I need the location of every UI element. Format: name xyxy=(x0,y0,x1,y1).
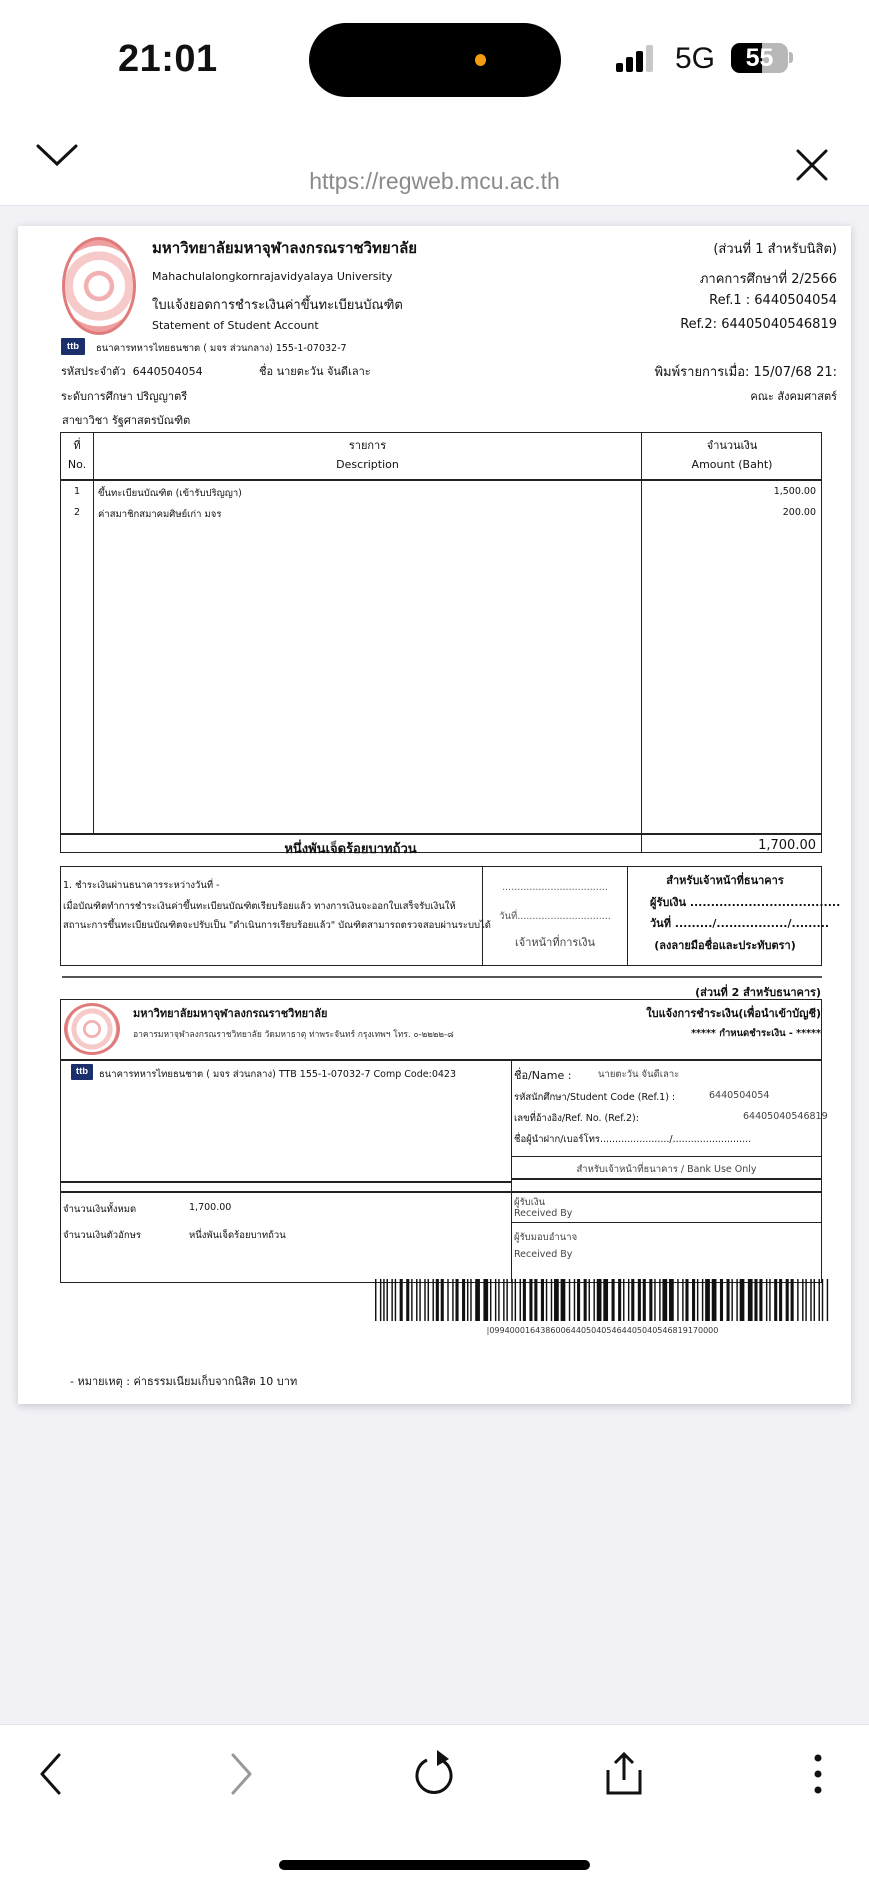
share-icon[interactable] xyxy=(605,1750,643,1796)
url-label[interactable]: https://regweb.mcu.ac.th xyxy=(0,168,869,195)
more-vertical-icon[interactable] xyxy=(812,1752,824,1796)
battery-percent: 55 xyxy=(731,44,788,73)
depositor-field: ชื่อผู้นำฝาก/เบอร์โทร...................… xyxy=(514,1132,751,1147)
ref-no-label: เลขที่อ้างอิง/Ref. No. (Ref.2): xyxy=(514,1111,639,1126)
bank-account-line: ธนาคารทหารไทยธนชาต ( มจร ส่วนกลาง) 155-1… xyxy=(96,341,347,356)
col-amount-th: จำนวนเงิน xyxy=(642,436,822,454)
status-bar: 21:01 5G 55 xyxy=(0,0,869,120)
document-page: มหาวิทยาลัยมหาจุฬาลงกรณราชวิทยาลัย Mahac… xyxy=(18,226,851,1404)
payment-due: ***** กำหนดชำระเงิน - ***** xyxy=(691,1026,821,1041)
student-name-value: นายตะวัน จันดีเลาะ xyxy=(277,365,371,378)
row-amount: 200.00 xyxy=(783,507,816,518)
total-value: 1,700.00 xyxy=(189,1202,231,1213)
student-id-label: รหัสประจำตัว xyxy=(61,365,126,378)
university-name-th: มหาวิทยาลัยมหาจุฬาลงกรณราชวิทยาลัย xyxy=(152,236,417,260)
total-label: จำนวนเงินทั้งหมด xyxy=(63,1202,136,1217)
student-code-value: 6440504054 xyxy=(709,1090,769,1101)
bank-receiver: ผู้รับเงิน .............................… xyxy=(650,893,840,911)
statement-title-th: ใบแจ้งยอดการชำระเงินค่าขึ้นทะเบียนบัณฑิต xyxy=(152,294,403,315)
reload-icon[interactable] xyxy=(413,1748,455,1796)
bank-officer-title: สำหรับเจ้าหน้าที่ธนาคาร xyxy=(628,871,822,889)
fee-remark: - หมายเหตุ : ค่าธรรมเนียมเก็บจากนิสิต 10… xyxy=(70,1372,297,1390)
row-amount: 1,500.00 xyxy=(774,486,816,497)
university-name-en: Mahachulalongkornrajavidyalaya Universit… xyxy=(152,270,392,283)
receipt-note: เมื่อบัณฑิตทำการชำระเงินค่าขึ้นทะเบียนบั… xyxy=(63,899,456,914)
chevron-right-icon[interactable] xyxy=(228,1752,254,1796)
slip-title: ใบแจ้งการชำระเงิน(เพื่อนำเข้าบัญชี) xyxy=(646,1004,821,1022)
col-desc-th: รายการ xyxy=(94,436,641,454)
payer-name: นายตะวัน จันดีเลาะ xyxy=(598,1067,679,1082)
cut-line xyxy=(62,976,822,978)
barcode-number: |099400016438600644050405464405040546819… xyxy=(375,1326,830,1335)
printed-timestamp: พิมพ์รายการเมื่อ: 15/07/68 21: xyxy=(654,361,837,382)
row-no: 1 xyxy=(60,486,94,497)
student-name-label: ชื่อ xyxy=(259,365,273,378)
signal-icon xyxy=(616,46,660,72)
network-type: 5G xyxy=(675,42,715,76)
total-in-words: หนึ่งพันเจ็ดร้อยบาทถ้วน xyxy=(60,838,641,859)
authorized-th: ผู้รับมอบอำนาจ xyxy=(514,1230,577,1245)
dynamic-island xyxy=(309,23,561,97)
major: สาขาวิชา รัฐศาสตรบัณฑิต xyxy=(62,411,190,429)
student-code-label: รหัสนักศึกษา/Student Code (Ref.1) : xyxy=(514,1090,675,1105)
row-description: ค่าสมาชิกสมาคมศิษย์เก่า มจร xyxy=(98,507,221,522)
chevron-left-icon[interactable] xyxy=(38,1752,64,1796)
row-description: ขึ้นทะเบียนบัณฑิต (เข้ารับปริญญา) xyxy=(98,486,242,501)
semester: ภาคการศึกษาที่ 2/2566 xyxy=(700,268,837,289)
education-level: ระดับการศึกษา ปริญญาตรี xyxy=(61,387,187,405)
payment-barcode xyxy=(375,1279,830,1321)
university-seal-logo xyxy=(64,1003,120,1055)
status-note: สถานะการขึ้นทะเบียนบัณฑิตจะปรับเป็น "ดำเ… xyxy=(63,918,491,933)
col-desc-en: Description xyxy=(94,458,641,471)
finance-signature-line: ................................... xyxy=(482,882,628,893)
faculty: คณะ สังคมศาสตร์ xyxy=(750,387,837,405)
ref-no-value: 64405040546819 xyxy=(743,1111,828,1122)
ttb-bank-logo: ttb xyxy=(61,338,85,355)
payment-period-note: 1. ชำระเงินผ่านธนาคารระหว่างวันที่ - xyxy=(63,878,220,893)
bank-use-only: สำหรับเจ้าหน้าที่ธนาคาร / Bank Use Only xyxy=(511,1162,822,1177)
slip-bank-line: ธนาคารทหารไทยธนชาต ( มจร ส่วนกลาง) TTB 1… xyxy=(99,1067,456,1082)
section-1-label: (ส่วนที่ 1 สำหรับนิสิต) xyxy=(713,238,837,259)
col-no-th: ที่ xyxy=(60,436,94,454)
col-no-en: No. xyxy=(60,458,94,471)
battery-icon: 55 xyxy=(731,43,788,73)
bank-sign-note: (ลงลายมือชื่อและประทับตรา) xyxy=(628,936,822,954)
total-amount: 1,700.00 xyxy=(758,838,816,853)
home-indicator xyxy=(279,1860,590,1870)
authorized-en: Received By xyxy=(514,1249,572,1260)
university-seal-logo xyxy=(62,237,136,335)
name-label: ชื่อ/Name : xyxy=(514,1069,571,1082)
finance-officer-label: เจ้าหน้าที่การเงิน xyxy=(482,933,628,951)
received-by-en: Received By xyxy=(514,1208,572,1219)
battery-tip xyxy=(789,52,793,63)
ttb-bank-logo: ttb xyxy=(71,1064,93,1080)
col-amount-en: Amount (Baht) xyxy=(642,458,822,471)
bank-date: วันที่ ........./................./.....… xyxy=(650,914,829,932)
university-address: อาคารมหาจุฬาลงกรณราชวิทยาลัย วัดมหาธาตุ … xyxy=(133,1027,454,1041)
amount-text-value: หนึ่งพันเจ็ดร้อยบาทถ้วน xyxy=(189,1228,286,1243)
amount-text-label: จำนวนเงินตัวอักษร xyxy=(63,1228,141,1243)
ref1: Ref.1 : 6440504054 xyxy=(709,293,837,308)
chevron-down-icon[interactable] xyxy=(36,140,78,168)
statement-title-en: Statement of Student Account xyxy=(152,319,319,332)
privacy-indicator-icon xyxy=(475,54,486,66)
student-id-value: 6440504054 xyxy=(133,365,203,378)
row-no: 2 xyxy=(60,507,94,518)
ref2: Ref.2: 64405040546819 xyxy=(680,317,837,332)
finance-date: วันที่............................... xyxy=(482,909,628,924)
slip-university-name: มหาวิทยาลัยมหาจุฬาลงกรณราชวิทยาลัย xyxy=(133,1004,327,1022)
clock: 21:01 xyxy=(118,38,218,81)
